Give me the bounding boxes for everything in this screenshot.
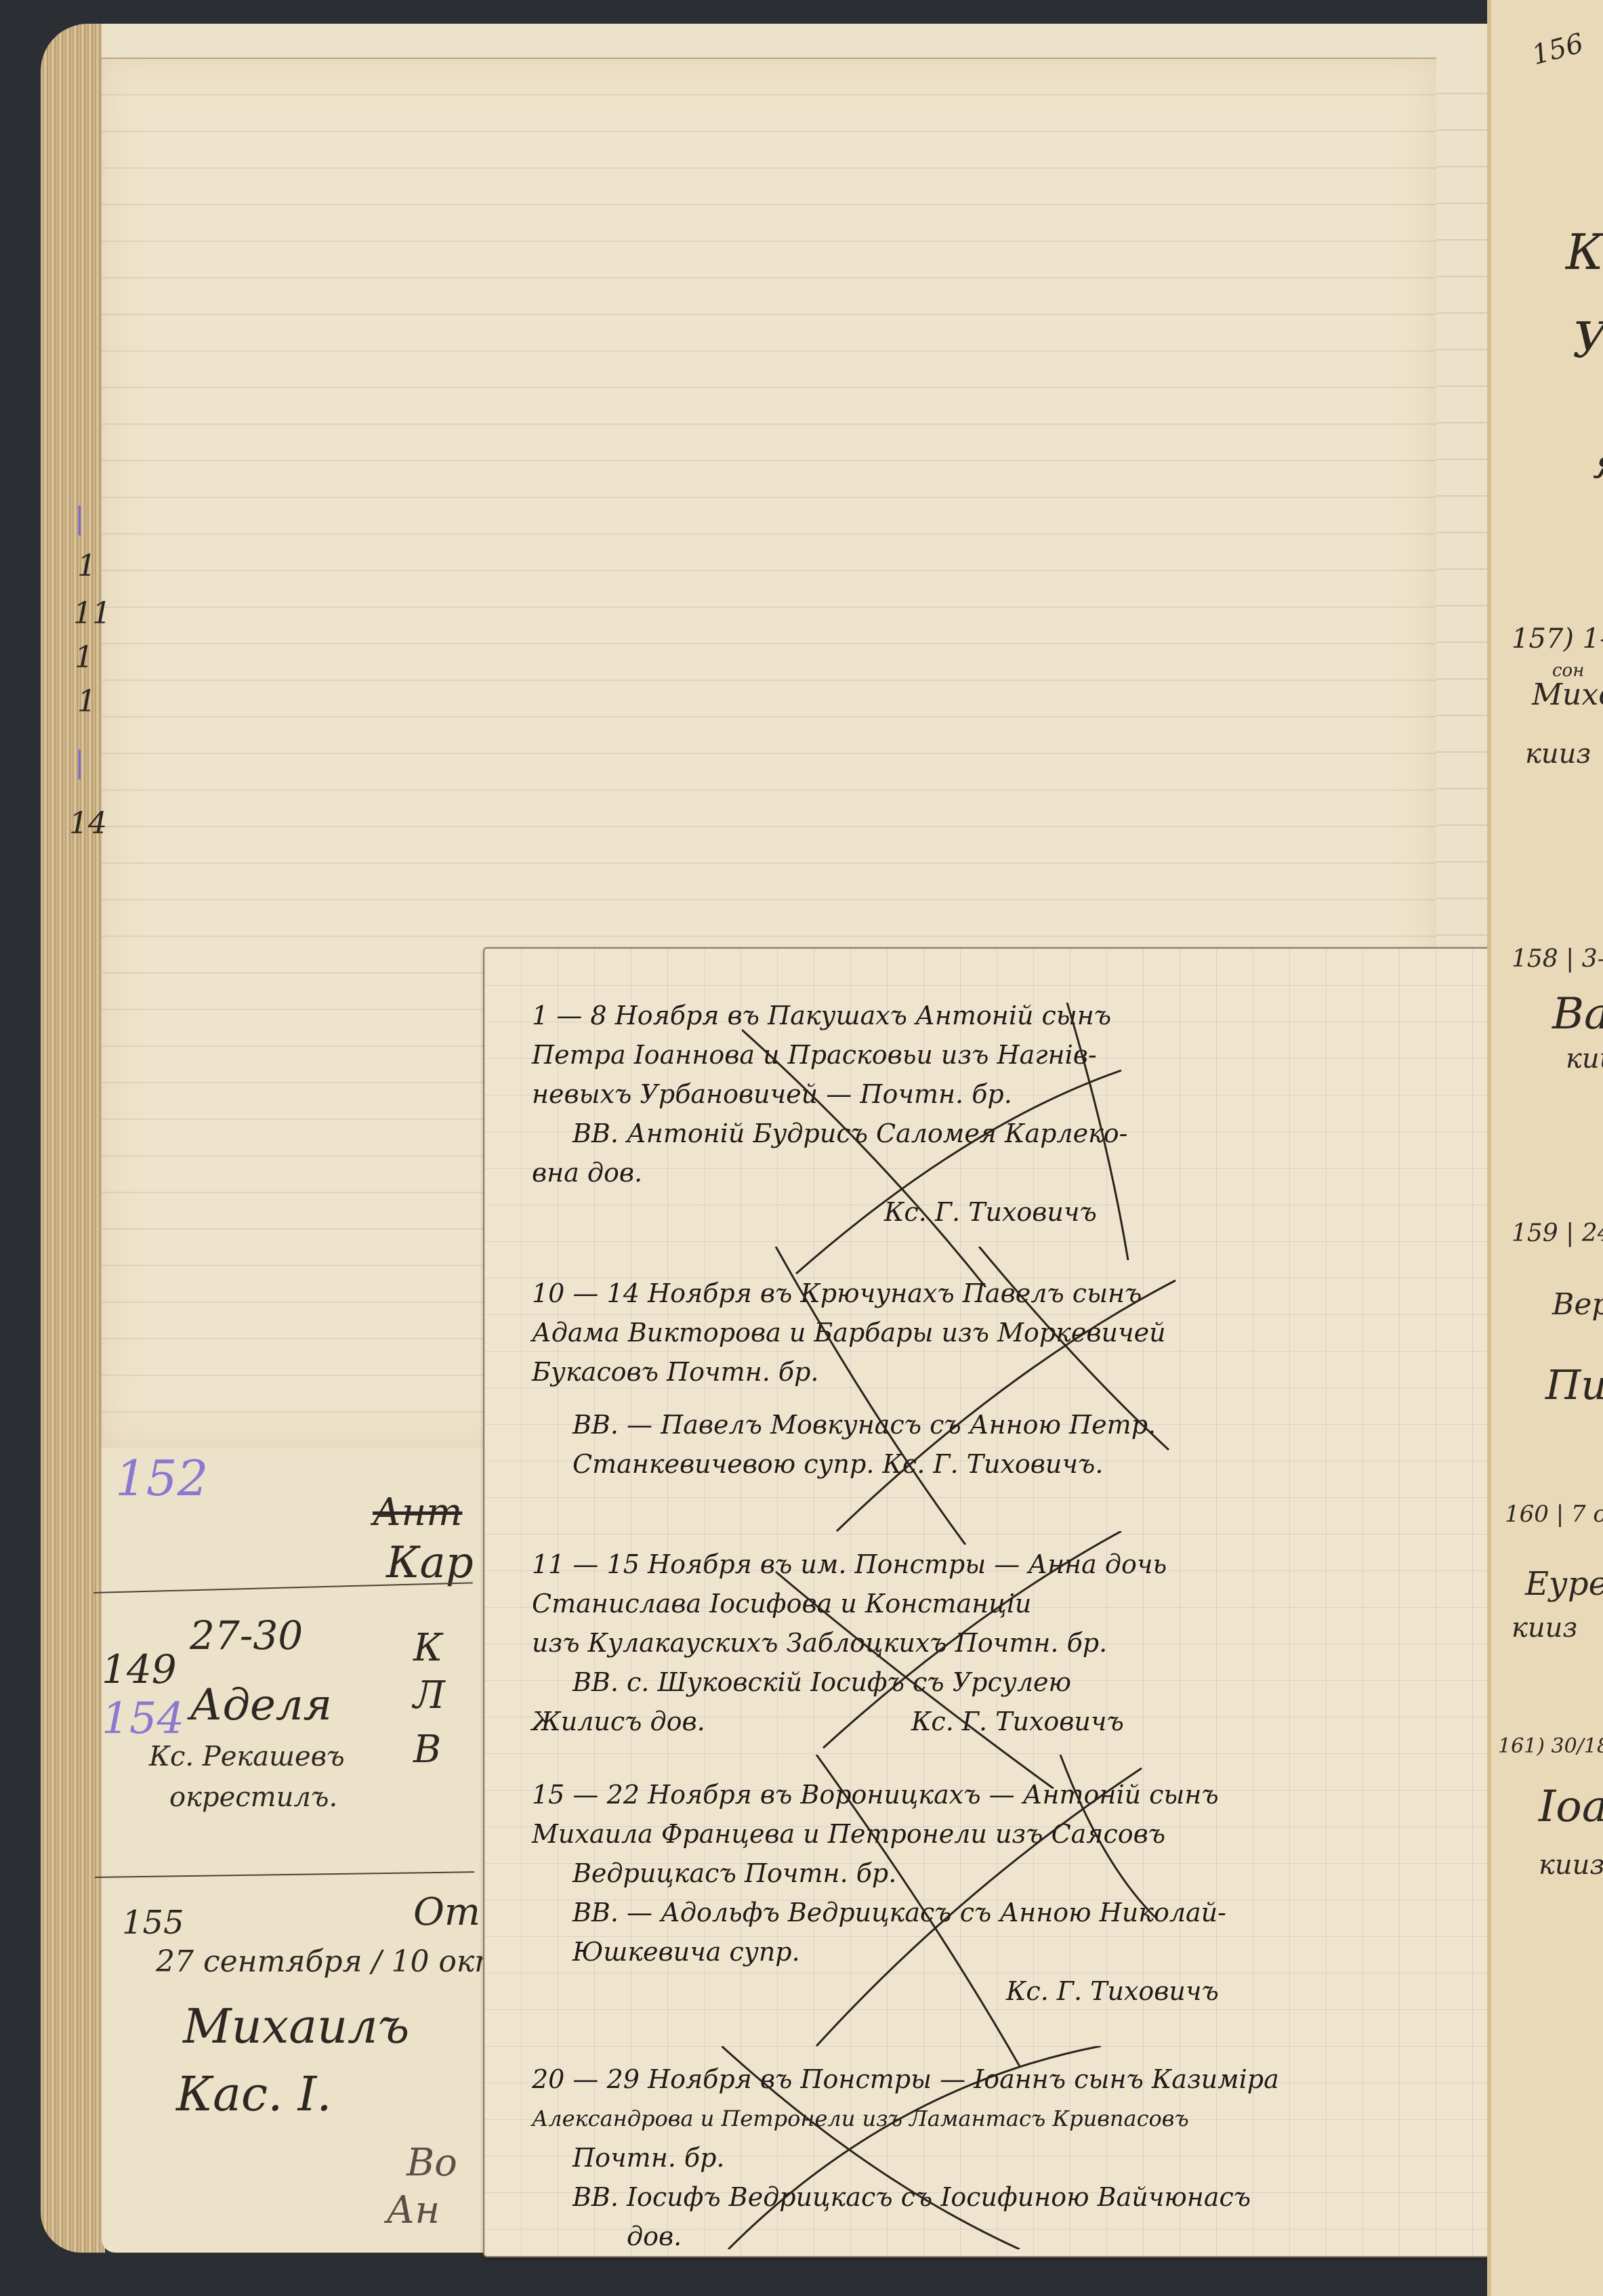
entry-number: 157) 1—8 xyxy=(1512,623,1603,654)
baptism-entry: 11 — 15 Ноября въ им. Понстры — Анна доч… xyxy=(532,1545,1480,1741)
entry-note: Кас. І. xyxy=(176,2066,332,2122)
column-fragment: Во xyxy=(407,2141,457,2185)
column-fragment: Ан xyxy=(386,2188,440,2232)
column-fragment: К xyxy=(413,1626,442,1670)
priest-signature: Кс. Г. Тиховичъ xyxy=(532,1192,1480,1232)
text-fragment: Михо xyxy=(1532,677,1603,712)
entry-note: Кс. Рекашевъ xyxy=(149,1741,345,1772)
violet-sheet-number: 152 xyxy=(115,1450,208,1507)
margin-mark: 1 xyxy=(77,549,96,583)
entry-note: окрестилъ. xyxy=(169,1782,337,1813)
violet-entry-number: 154 xyxy=(102,1694,184,1744)
column-fragment: Л xyxy=(413,1673,445,1717)
priest-signature: Кс. Г. Тиховичъ xyxy=(532,1971,1480,2011)
entry-name: Аделя xyxy=(190,1680,332,1730)
margin-mark: 1 xyxy=(75,640,93,675)
entry-number: 159 | 24— xyxy=(1512,1219,1603,1247)
violet-tick-mark: | xyxy=(75,745,85,780)
margin-mark: 1 xyxy=(77,684,96,719)
text-fragment: кииз xyxy=(1566,1043,1603,1074)
baptism-entry: 15 — 22 Ноября въ Вороницкахъ — Антоній … xyxy=(532,1775,1480,2011)
violet-tick-mark: | xyxy=(75,501,85,536)
entry-name: Михаилъ xyxy=(183,1999,409,2054)
baptism-entry: 20 — 29 Ноября въ Понстры — Іоаннъ сынъ … xyxy=(532,2060,1480,2256)
column-fragment: В xyxy=(413,1728,441,1772)
right-page: 156 Ке У я 157) 1—8 сон Михо кииз 158 | … xyxy=(1487,0,1603,2296)
entry-number: 155 xyxy=(122,1904,184,1942)
column-fragment: От xyxy=(413,1890,480,1934)
entry-number: 160 | 7 октя xyxy=(1505,1501,1603,1528)
text-fragment: кииз xyxy=(1539,1850,1603,1881)
text-fragment: Веро xyxy=(1552,1287,1603,1322)
crossed-word: Ант xyxy=(373,1490,462,1535)
name-fragment: Кар xyxy=(386,1538,474,1588)
entry-dates: 27-30 xyxy=(190,1612,303,1658)
entry-number: 161) 30/18 — xyxy=(1498,1734,1603,1758)
baptism-entry: 1 — 8 Ноября въ Пакушахъ Антоній сынъ Пе… xyxy=(532,996,1480,1232)
entry-divider xyxy=(95,1871,474,1878)
text-fragment: Пи xyxy=(1545,1362,1603,1409)
text-fragment: Іоа xyxy=(1539,1782,1603,1832)
text-fragment: кииз xyxy=(1512,1612,1577,1644)
text-fragment: Еуренія xyxy=(1525,1565,1603,1603)
baptism-entry: 10 — 14 Ноября въ Крючунахъ Павелъ сынъ … xyxy=(532,1274,1480,1484)
left-margin-strip: | 1 11 1 1 | 14 xyxy=(68,474,102,1328)
text-fragment: Ке xyxy=(1566,224,1603,280)
margin-mark: 11 xyxy=(73,596,111,631)
text-fragment: кииз xyxy=(1525,738,1591,770)
margin-mark: 14 xyxy=(69,806,107,841)
text-fragment: я xyxy=(1593,440,1603,488)
lower-left-entries: 152 Ант Кар 149 27-30 154 Аделя Кс. Река… xyxy=(88,1443,474,2249)
entry-number: 149 xyxy=(102,1646,177,1692)
page-number: 156 xyxy=(1528,28,1587,71)
text-fragment: Вал xyxy=(1552,989,1603,1039)
entry-number: 158 | 3—1 xyxy=(1512,945,1603,973)
text-fragment: У xyxy=(1573,312,1603,369)
inserted-grid-sheet: 1 — 8 Ноября въ Пакушахъ Антоній сынъ Пе… xyxy=(483,947,1502,2257)
